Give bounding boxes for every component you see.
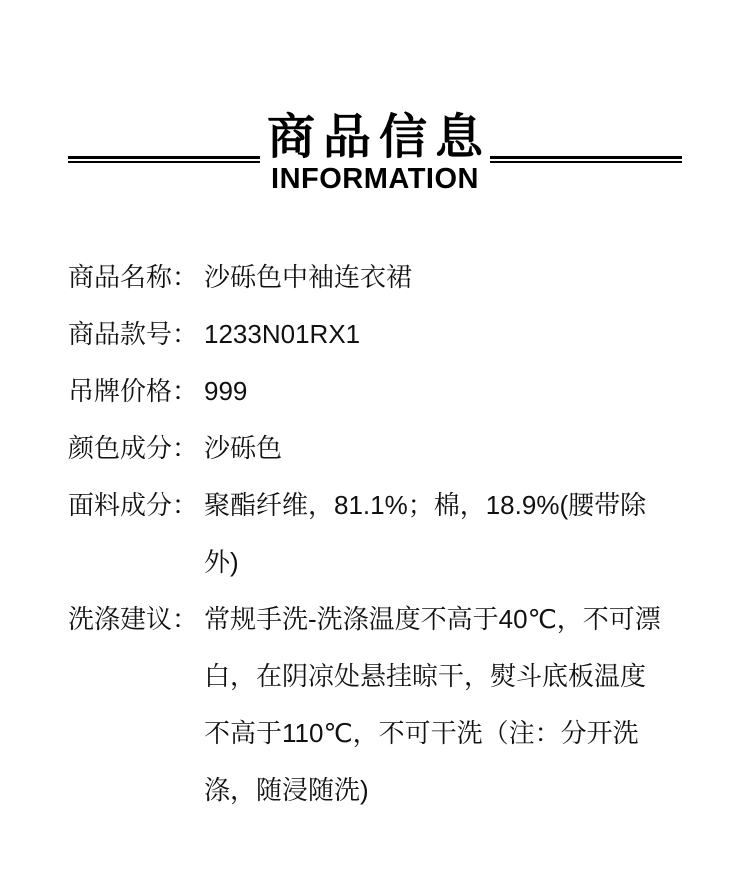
detail-value: 999 (204, 363, 700, 420)
page-subtitle: INFORMATION (0, 162, 750, 196)
detail-value: 1233N01RX1 (204, 306, 700, 363)
detail-label: 吊牌价格： (68, 363, 204, 420)
detail-label: 颜色成分： (68, 420, 204, 477)
detail-row-tag-price: 吊牌价格： 999 (68, 363, 700, 420)
detail-row-color: 颜色成分： 沙砾色 (68, 420, 700, 477)
detail-row-style-number: 商品款号： 1233N01RX1 (68, 306, 700, 363)
right-divider-thick-line (490, 156, 682, 159)
detail-row-product-name: 商品名称： 沙砾色中袖连衣裙 (68, 249, 700, 306)
detail-row-fabric-composition: 面料成分： 聚酯纤维，81.1%；棉，18.9%(腰带除 外) (68, 477, 700, 591)
detail-label: 面料成分： (68, 477, 204, 534)
detail-label: 商品名称： (68, 249, 204, 306)
product-details-list: 商品名称： 沙砾色中袖连衣裙 商品款号： 1233N01RX1 吊牌价格： 99… (68, 249, 700, 819)
product-info-page: 商品信息 INFORMATION 商品名称： 沙砾色中袖连衣裙 商品款号： 12… (0, 0, 750, 891)
detail-value: 常规手洗-洗涤温度不高于40℃，不可漂 白，在阴凉处悬挂晾干，熨斗底板温度 不高… (204, 591, 700, 819)
detail-value: 聚酯纤维，81.1%；棉，18.9%(腰带除 外) (204, 477, 700, 591)
detail-label: 商品款号： (68, 306, 204, 363)
detail-row-washing-instructions: 洗涤建议： 常规手洗-洗涤温度不高于40℃，不可漂 白，在阴凉处悬挂晾干，熨斗底… (68, 591, 700, 819)
detail-value: 沙砾色中袖连衣裙 (204, 249, 700, 306)
detail-label: 洗涤建议： (68, 591, 204, 648)
detail-value: 沙砾色 (204, 420, 700, 477)
